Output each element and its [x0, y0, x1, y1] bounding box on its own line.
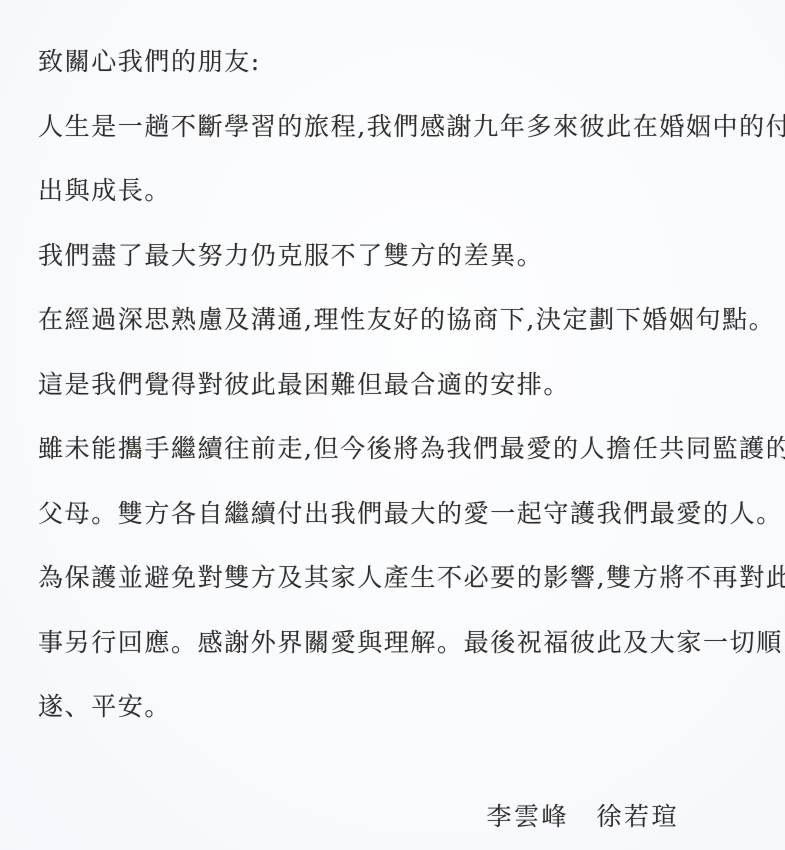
letter-body-line: 父母。雙方各自繼續付出我們最大的愛一起守護我們最愛的人。 — [38, 482, 751, 547]
letter-salutation: 致關心我們的朋友: — [38, 30, 751, 95]
letter-document: 致關心我們的朋友: 人生是一趟不斷學習的旅程,我們感謝九年多來彼此在婚姻中的付 … — [0, 0, 785, 850]
letter-body-line: 遂、平安。 — [38, 675, 751, 740]
letter-body-line: 在經過深思熟慮及溝通,理性友好的協商下,決定劃下婚姻句點。 — [38, 288, 751, 353]
signature-names: 李雲峰 徐若瑄 — [38, 800, 751, 834]
letter-body-line: 人生是一趟不斷學習的旅程,我們感謝九年多來彼此在婚姻中的付 — [38, 95, 751, 160]
letter-body-line: 這是我們覺得對彼此最困難但最合適的安排。 — [38, 353, 751, 418]
letter-body-line: 出與成長。 — [38, 159, 751, 224]
letter-body-line: 我們盡了最大努力仍克服不了雙方的差異。 — [38, 224, 751, 289]
letter-body-line: 雖未能攜手繼續往前走,但今後將為我們最愛的人擔任共同監護的 — [38, 417, 751, 482]
letter-body-line: 為保護並避免對雙方及其家人產生不必要的影響,雙方將不再對此 — [38, 546, 751, 611]
letter-body-line: 事另行回應。感謝外界關愛與理解。最後祝福彼此及大家一切順 — [38, 611, 751, 676]
